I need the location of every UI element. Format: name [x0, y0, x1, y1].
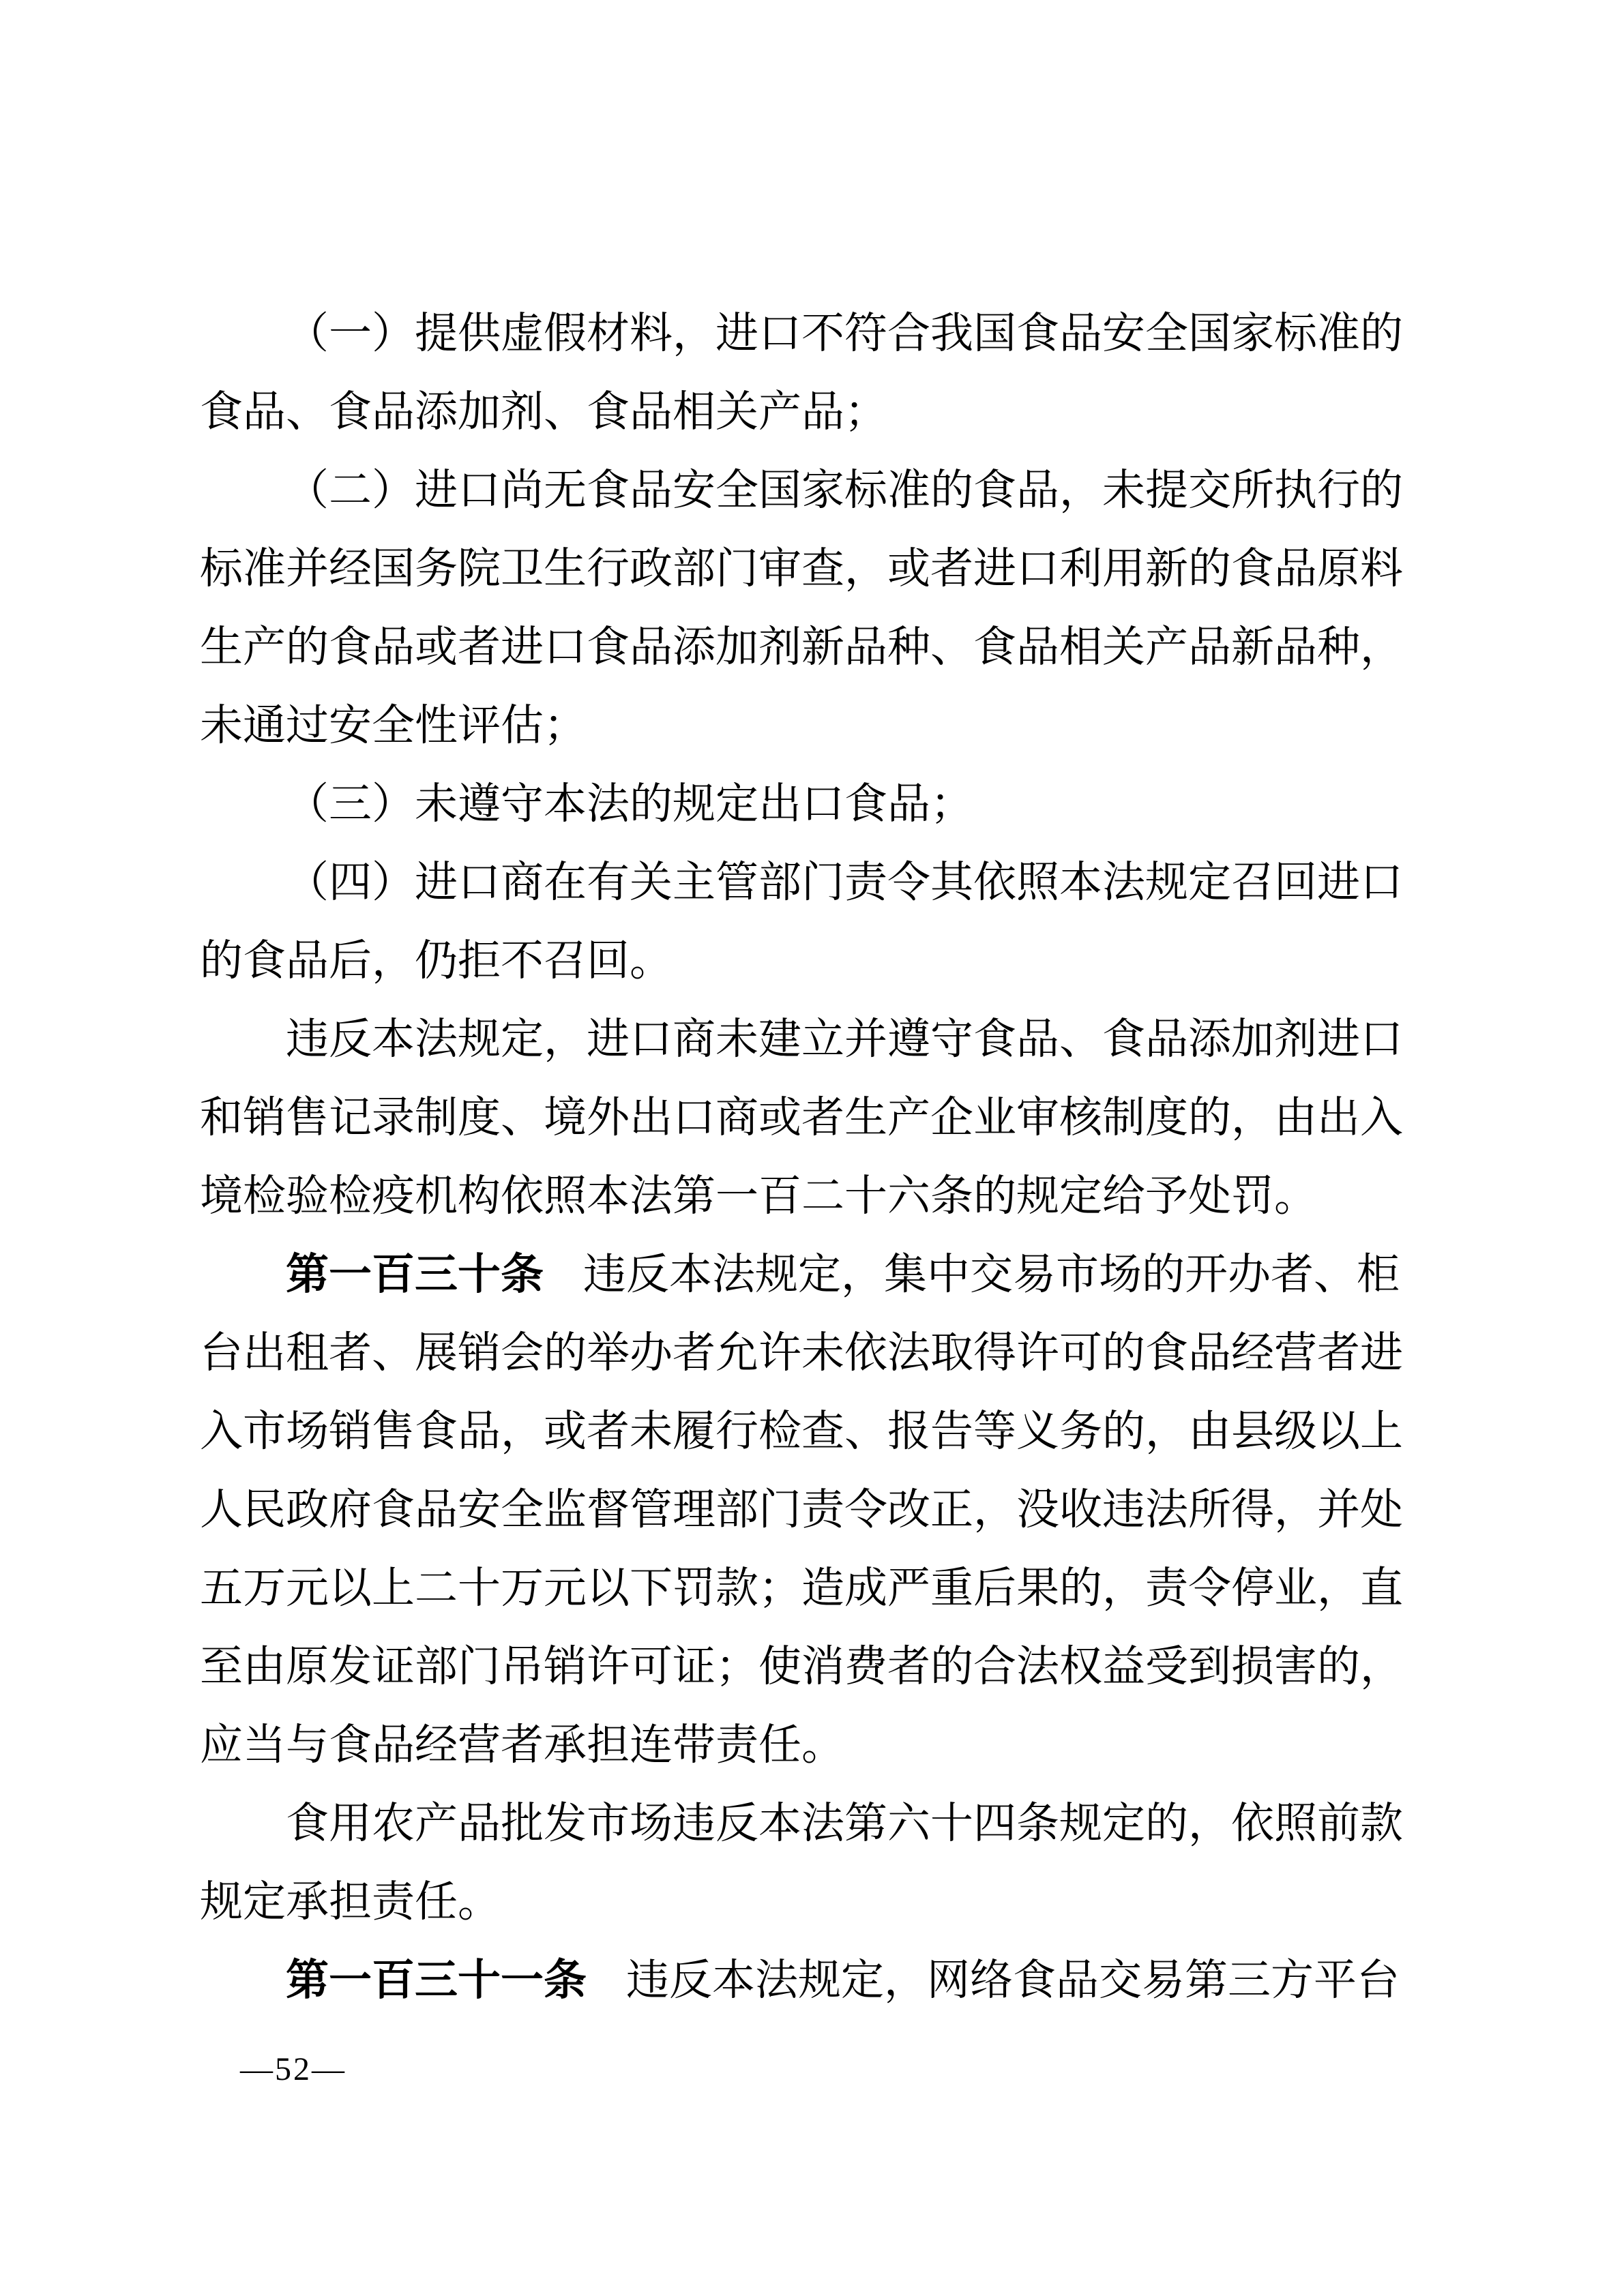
line-text: 违反本法规定，进口商未建立并遵守食品、食品添加剂进口 [286, 1015, 1403, 1063]
text-line-14: 台出租者、展销会的举办者允许未依法取得许可的食品经营者进 [200, 1314, 1403, 1392]
line-text: 和销售记录制度、境外出口商或者生产企业审核制度的，由出入 [200, 1094, 1403, 1142]
body-text: （一）提供虚假材料，进口不符合我国食品安全国家标准的食品、食品添加剂、食品相关产… [200, 295, 1403, 2020]
text-line-13: 第一百三十条违反本法规定，集中交易市场的开办者、柜 [200, 1236, 1403, 1314]
line-text: 境检验检疫机构依照本法第一百二十六条的规定给予处罚。 [200, 1172, 1317, 1220]
line-text: 规定承担责任。 [200, 1878, 501, 1926]
line-text: （三）未遵守本法的规定出口食品； [286, 780, 973, 828]
text-line-11: 和销售记录制度、境外出口商或者生产企业审核制度的，由出入 [200, 1079, 1403, 1157]
line-text: 违反本法规定，集中交易市场的开办者、柜 [583, 1251, 1400, 1298]
line-text: （四）进口商在有关主管部门责令其依照本法规定召回进口 [286, 859, 1403, 906]
line-text: （二）进口尚无食品安全国家标准的食品，未提交所执行的 [286, 466, 1403, 514]
line-text: 的食品后，仍拒不召回。 [200, 937, 673, 985]
line-text: 人民政府食品安全监督管理部门责令改正，没收违法所得，并处 [200, 1486, 1403, 1534]
text-line-22: 第一百三十一条违反本法规定，网络食品交易第三方平台 [200, 1941, 1403, 2020]
line-text: 食品、食品添加剂、食品相关产品； [200, 388, 887, 436]
page-number: —52— [240, 2050, 346, 2089]
text-line-17: 五万元以上二十万元以下罚款；造成严重后果的，责令停业，直 [200, 1549, 1403, 1628]
line-text: 至由原发证部门吊销许可证；使消费者的合法权益受到损害的， [200, 1643, 1403, 1690]
line-text: 入市场销售食品，或者未履行检查、报告等义务的，由县级以上 [200, 1407, 1403, 1455]
article-number: 第一百三十一条 [286, 1956, 587, 2004]
line-text: 五万元以上二十万元以下罚款；造成严重后果的，责令停业，直 [200, 1564, 1403, 1612]
text-line-12: 境检验检疫机构依照本法第一百二十六条的规定给予处罚。 [200, 1157, 1403, 1236]
text-line-10: 违反本法规定，进口商未建立并遵守食品、食品添加剂进口 [200, 1000, 1403, 1079]
document-page: （一）提供虚假材料，进口不符合我国食品安全国家标准的食品、食品添加剂、食品相关产… [0, 0, 1624, 2296]
text-line-6: 未通过安全性评估； [200, 687, 1403, 765]
text-line-3: （二）进口尚无食品安全国家标准的食品，未提交所执行的 [200, 451, 1403, 530]
text-line-21: 规定承担责任。 [200, 1863, 1403, 1941]
text-line-1: （一）提供虚假材料，进口不符合我国食品安全国家标准的 [200, 295, 1403, 373]
line-text: 台出租者、展销会的举办者允许未依法取得许可的食品经营者进 [200, 1329, 1403, 1377]
text-line-9: 的食品后，仍拒不召回。 [200, 922, 1403, 1000]
text-line-8: （四）进口商在有关主管部门责令其依照本法规定召回进口 [200, 844, 1403, 922]
text-line-15: 入市场销售食品，或者未履行检查、报告等义务的，由县级以上 [200, 1392, 1403, 1471]
text-line-19: 应当与食品经营者承担连带责任。 [200, 1706, 1403, 1785]
text-line-20: 食用农产品批发市场违反本法第六十四条规定的，依照前款 [200, 1785, 1403, 1863]
line-text: 未通过安全性评估； [200, 702, 587, 749]
text-line-16: 人民政府食品安全监督管理部门责令改正，没收违法所得，并处 [200, 1471, 1403, 1549]
line-text: 标准并经国务院卫生行政部门审查，或者进口利用新的食品原料 [200, 545, 1403, 593]
text-line-2: 食品、食品添加剂、食品相关产品； [200, 373, 1403, 451]
line-text: 生产的食品或者进口食品添加剂新品种、食品相关产品新品种， [200, 623, 1403, 671]
text-line-5: 生产的食品或者进口食品添加剂新品种、食品相关产品新品种， [200, 608, 1403, 687]
text-line-4: 标准并经国务院卫生行政部门审查，或者进口利用新的食品原料 [200, 530, 1403, 608]
line-text: 应当与食品经营者承担连带责任。 [200, 1721, 844, 1769]
article-number: 第一百三十条 [286, 1251, 544, 1298]
text-line-7: （三）未遵守本法的规定出口食品； [200, 765, 1403, 844]
text-line-18: 至由原发证部门吊销许可证；使消费者的合法权益受到损害的， [200, 1628, 1403, 1706]
line-text: 违反本法规定，网络食品交易第三方平台 [626, 1956, 1400, 2004]
line-text: （一）提供虚假材料，进口不符合我国食品安全国家标准的 [286, 310, 1403, 357]
line-text: 食用农产品批发市场违反本法第六十四条规定的，依照前款 [286, 1800, 1403, 1847]
